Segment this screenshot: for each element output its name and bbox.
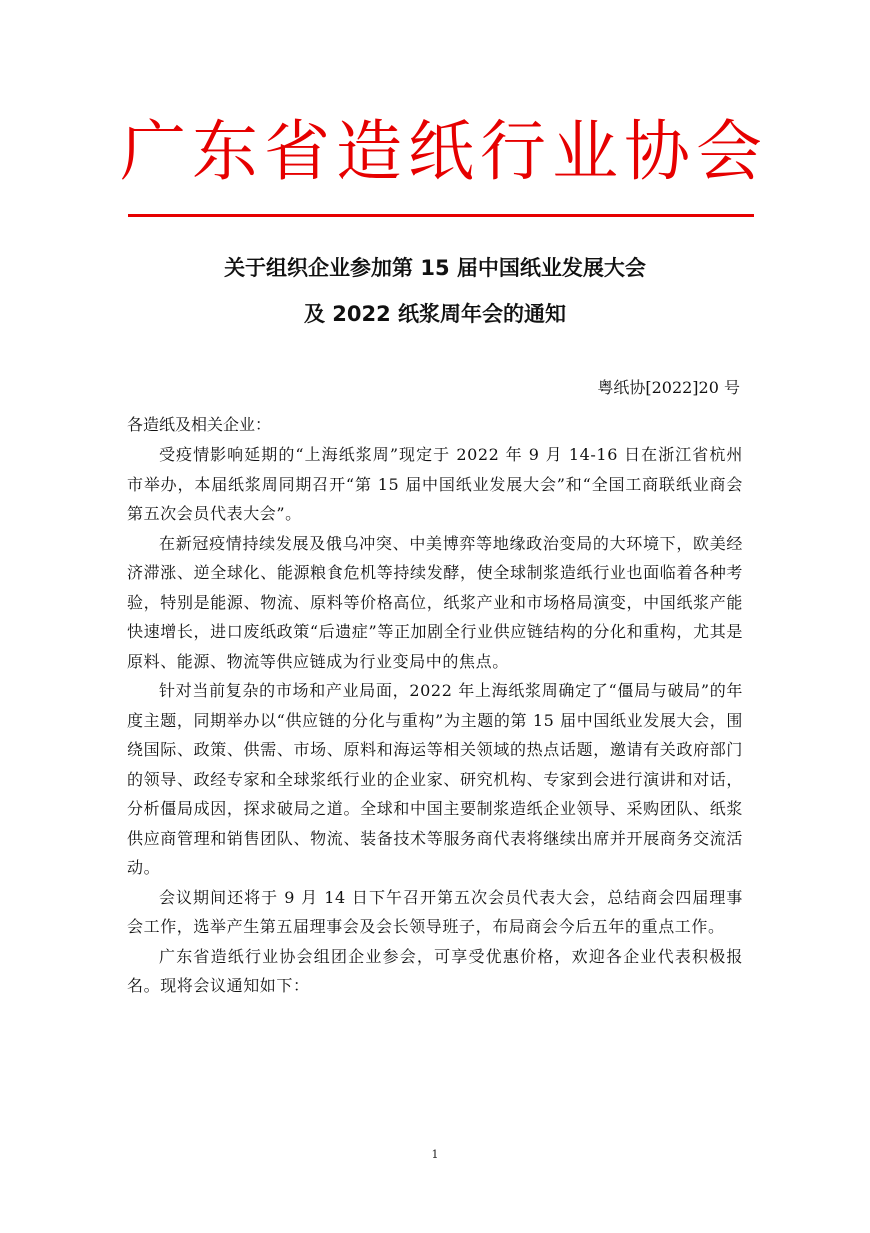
- body-paragraph: 广东省造纸行业协会组团企业参会，可享受优惠价格，欢迎各企业代表积极报名。现将会议…: [127, 942, 743, 1001]
- page-number: 1: [0, 1148, 870, 1161]
- masthead-org-name: 广东省造纸行业协会: [120, 112, 752, 192]
- body-paragraph: 会议期间还将于 9 月 14 日下午召开第五次会员代表大会，总结商会四届理事会工…: [127, 883, 743, 942]
- document-title-line-2: 及 2022 纸浆周年会的通知: [100, 298, 770, 328]
- body-paragraph: 受疫情影响延期的“上海纸浆周”现定于 2022 年 9 月 14-16 日在浙江…: [127, 440, 743, 529]
- document-body: 受疫情影响延期的“上海纸浆周”现定于 2022 年 9 月 14-16 日在浙江…: [127, 440, 743, 1001]
- document-number: 粤纸协[2022]20 号: [597, 375, 740, 398]
- masthead-red-divider: [128, 214, 754, 217]
- body-paragraph: 针对当前复杂的市场和产业局面，2022 年上海纸浆周确定了“僵局与破局”的年度主…: [127, 676, 743, 883]
- salutation: 各造纸及相关企业：: [127, 412, 271, 435]
- document-title-line-1: 关于组织企业参加第 15 届中国纸业发展大会: [100, 252, 770, 282]
- body-paragraph: 在新冠疫情持续发展及俄乌冲突、中美博弈等地缘政治变局的大环境下，欧美经济滞涨、逆…: [127, 529, 743, 677]
- document-page: 广东省造纸行业协会 关于组织企业参加第 15 届中国纸业发展大会 及 2022 …: [0, 0, 870, 1233]
